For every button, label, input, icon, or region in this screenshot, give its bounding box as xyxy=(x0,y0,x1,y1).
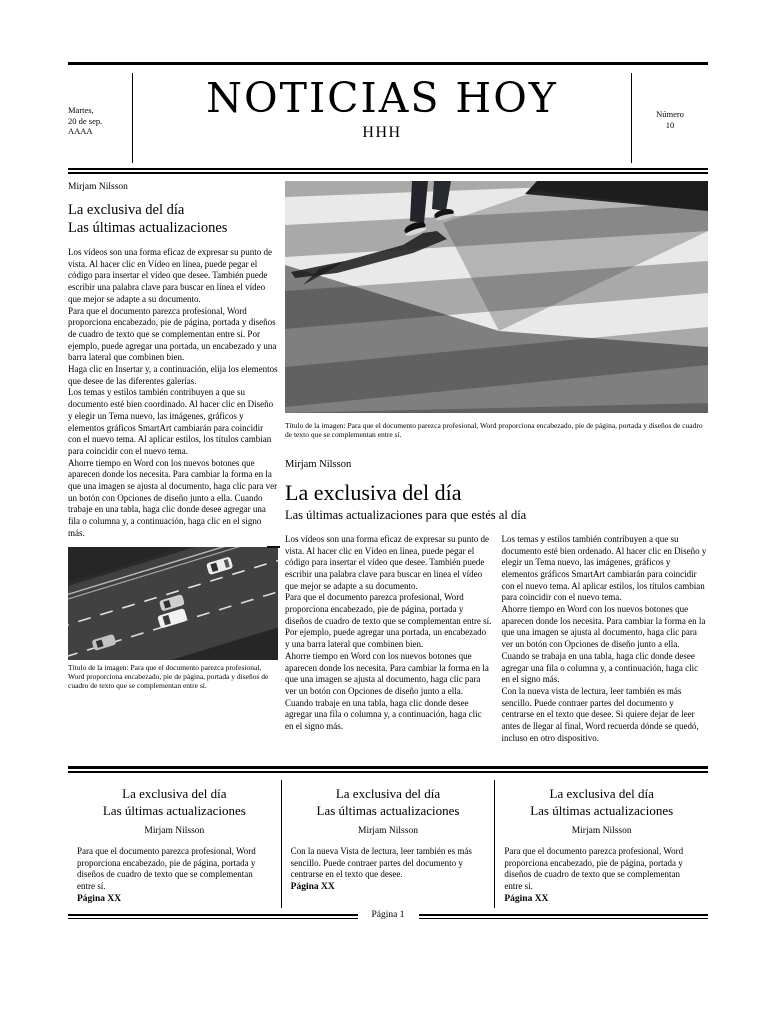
teaser-3: La exclusiva del día Las últimas actuali… xyxy=(495,780,708,908)
teaser-body: Con la nueva Vista de lectura, leer tamb… xyxy=(291,846,486,881)
teaser-heading-line2: Las últimas actualizaciones xyxy=(504,803,699,820)
paragraph: Con la nueva vista de lectura, leer tamb… xyxy=(502,686,709,745)
teaser-row: La exclusiva del día Las últimas actuali… xyxy=(68,780,708,908)
paragraph: Los temas y estilos también contribuyen … xyxy=(68,387,278,457)
byline: Mirjam Nilsson xyxy=(68,181,278,193)
paragraph: Para que el documento parezca profesiona… xyxy=(285,592,492,651)
paragraph: Para que el documento parezca profesiona… xyxy=(68,306,278,365)
footer-rule-right xyxy=(419,914,709,919)
teaser-1: La exclusiva del día Las últimas actuali… xyxy=(68,780,281,908)
left-column-heading-line2: Las últimas actualizaciones xyxy=(68,220,278,238)
teaser-body: Para que el documento parezca profesiona… xyxy=(77,846,272,893)
teaser-heading-line1: La exclusiva del día xyxy=(291,786,486,803)
teaser-heading: La exclusiva del día Las últimas actuali… xyxy=(77,786,272,819)
paragraph: Los temas y estilos también contribuyen … xyxy=(502,534,709,604)
masthead-date: Martes, 20 de sep. AAAA xyxy=(68,67,132,167)
teaser-heading-line1: La exclusiva del día xyxy=(504,786,699,803)
teaser-heading-line1: La exclusiva del día xyxy=(77,786,272,803)
main-subhead: Las últimas actualizaciones para que est… xyxy=(285,508,708,523)
main-story-column-1: Los vídeos son una forma eficaz de expre… xyxy=(285,534,492,745)
main-headline: La exclusiva del día xyxy=(285,480,708,506)
highway-figure: Título de la imagen: Para que el documen… xyxy=(68,547,278,691)
anchor-dash-mark xyxy=(267,546,280,548)
paragraph: Los vídeos son una forma eficaz de expre… xyxy=(285,534,492,593)
masthead-bottom-rule xyxy=(68,168,708,174)
crosswalk-caption: Título de la imagen: Para que el documen… xyxy=(285,421,708,440)
left-column-heading-line1: La exclusiva del día xyxy=(68,202,278,220)
paragraph: Ahorre tiempo en Word con los nuevos bot… xyxy=(502,604,709,686)
masthead-issue-number: 10 xyxy=(632,120,708,131)
teaser-byline: Mirjam Nilsson xyxy=(77,825,272,837)
masthead-center: NOTICIAS HOY HHH xyxy=(133,67,631,167)
teaser-body: Para que el documento parezca profesiona… xyxy=(504,846,699,893)
teaser-page-ref: Página XX xyxy=(504,894,699,904)
paragraph: Ahorre tiempo en Word con los nuevos bot… xyxy=(68,458,278,540)
masthead: Martes, 20 de sep. AAAA NOTICIAS HOY HHH… xyxy=(68,67,708,167)
teaser-page-ref: Página XX xyxy=(291,882,486,892)
masthead-top-rule xyxy=(68,62,708,65)
footer-rule-left xyxy=(68,914,358,919)
left-column-heading: La exclusiva del día Las últimas actuali… xyxy=(68,202,278,237)
crosswalk-pedestrian-photo xyxy=(285,181,708,413)
teaser-page-ref: Página XX xyxy=(77,894,272,904)
masthead-date-line: Martes, xyxy=(68,105,132,116)
paragraph: Haga clic en Insertar y, a continuación,… xyxy=(68,364,278,387)
main-story: Título de la imagen: Para que el documen… xyxy=(285,181,708,744)
masthead-issue: Número 10 xyxy=(632,67,708,167)
teaser-heading: La exclusiva del día Las últimas actuali… xyxy=(504,786,699,819)
left-column: Mirjam Nilsson La exclusiva del día Las … xyxy=(68,181,278,691)
page-footer: Página 1 xyxy=(68,911,708,921)
bottom-teasers-section: La exclusiva del día Las últimas actuali… xyxy=(68,766,708,908)
teaser-byline: Mirjam Nilsson xyxy=(291,825,486,837)
teaser-2: La exclusiva del día Las últimas actuali… xyxy=(281,780,496,908)
main-story-columns: Los vídeos son una forma eficaz de expre… xyxy=(285,534,708,745)
left-column-body: Los vídeos son una forma eficaz de expre… xyxy=(68,247,278,540)
teaser-heading-line2: Las últimas actualizaciones xyxy=(291,803,486,820)
main-story-column-2: Los temas y estilos también contribuyen … xyxy=(502,534,709,745)
highway-aerial-photo xyxy=(68,547,278,660)
masthead-date-line: AAAA xyxy=(68,126,132,137)
crosswalk-figure: Título de la imagen: Para que el documen… xyxy=(285,181,708,440)
paragraph: Los vídeos son una forma eficaz de expre… xyxy=(68,247,278,306)
newspaper-page: Martes, 20 de sep. AAAA NOTICIAS HOY HHH… xyxy=(0,0,768,1024)
teaser-byline: Mirjam Nilsson xyxy=(504,825,699,837)
paragraph: Ahorre tiempo en Word con los nuevos bot… xyxy=(285,651,492,733)
footer-page-number: Página 1 xyxy=(358,910,419,920)
teaser-heading-line2: Las últimas actualizaciones xyxy=(77,803,272,820)
masthead-subtitle: HHH xyxy=(133,124,631,142)
highway-caption: Título de la imagen: Para que el documen… xyxy=(68,663,278,691)
bottom-section-rule xyxy=(68,766,708,773)
teaser-heading: La exclusiva del día Las últimas actuali… xyxy=(291,786,486,819)
byline: Mirjam Nilsson xyxy=(285,458,708,471)
masthead-issue-label: Número xyxy=(632,109,708,120)
masthead-title: NOTICIAS HOY xyxy=(133,75,631,121)
masthead-date-line: 20 de sep. xyxy=(68,116,132,127)
